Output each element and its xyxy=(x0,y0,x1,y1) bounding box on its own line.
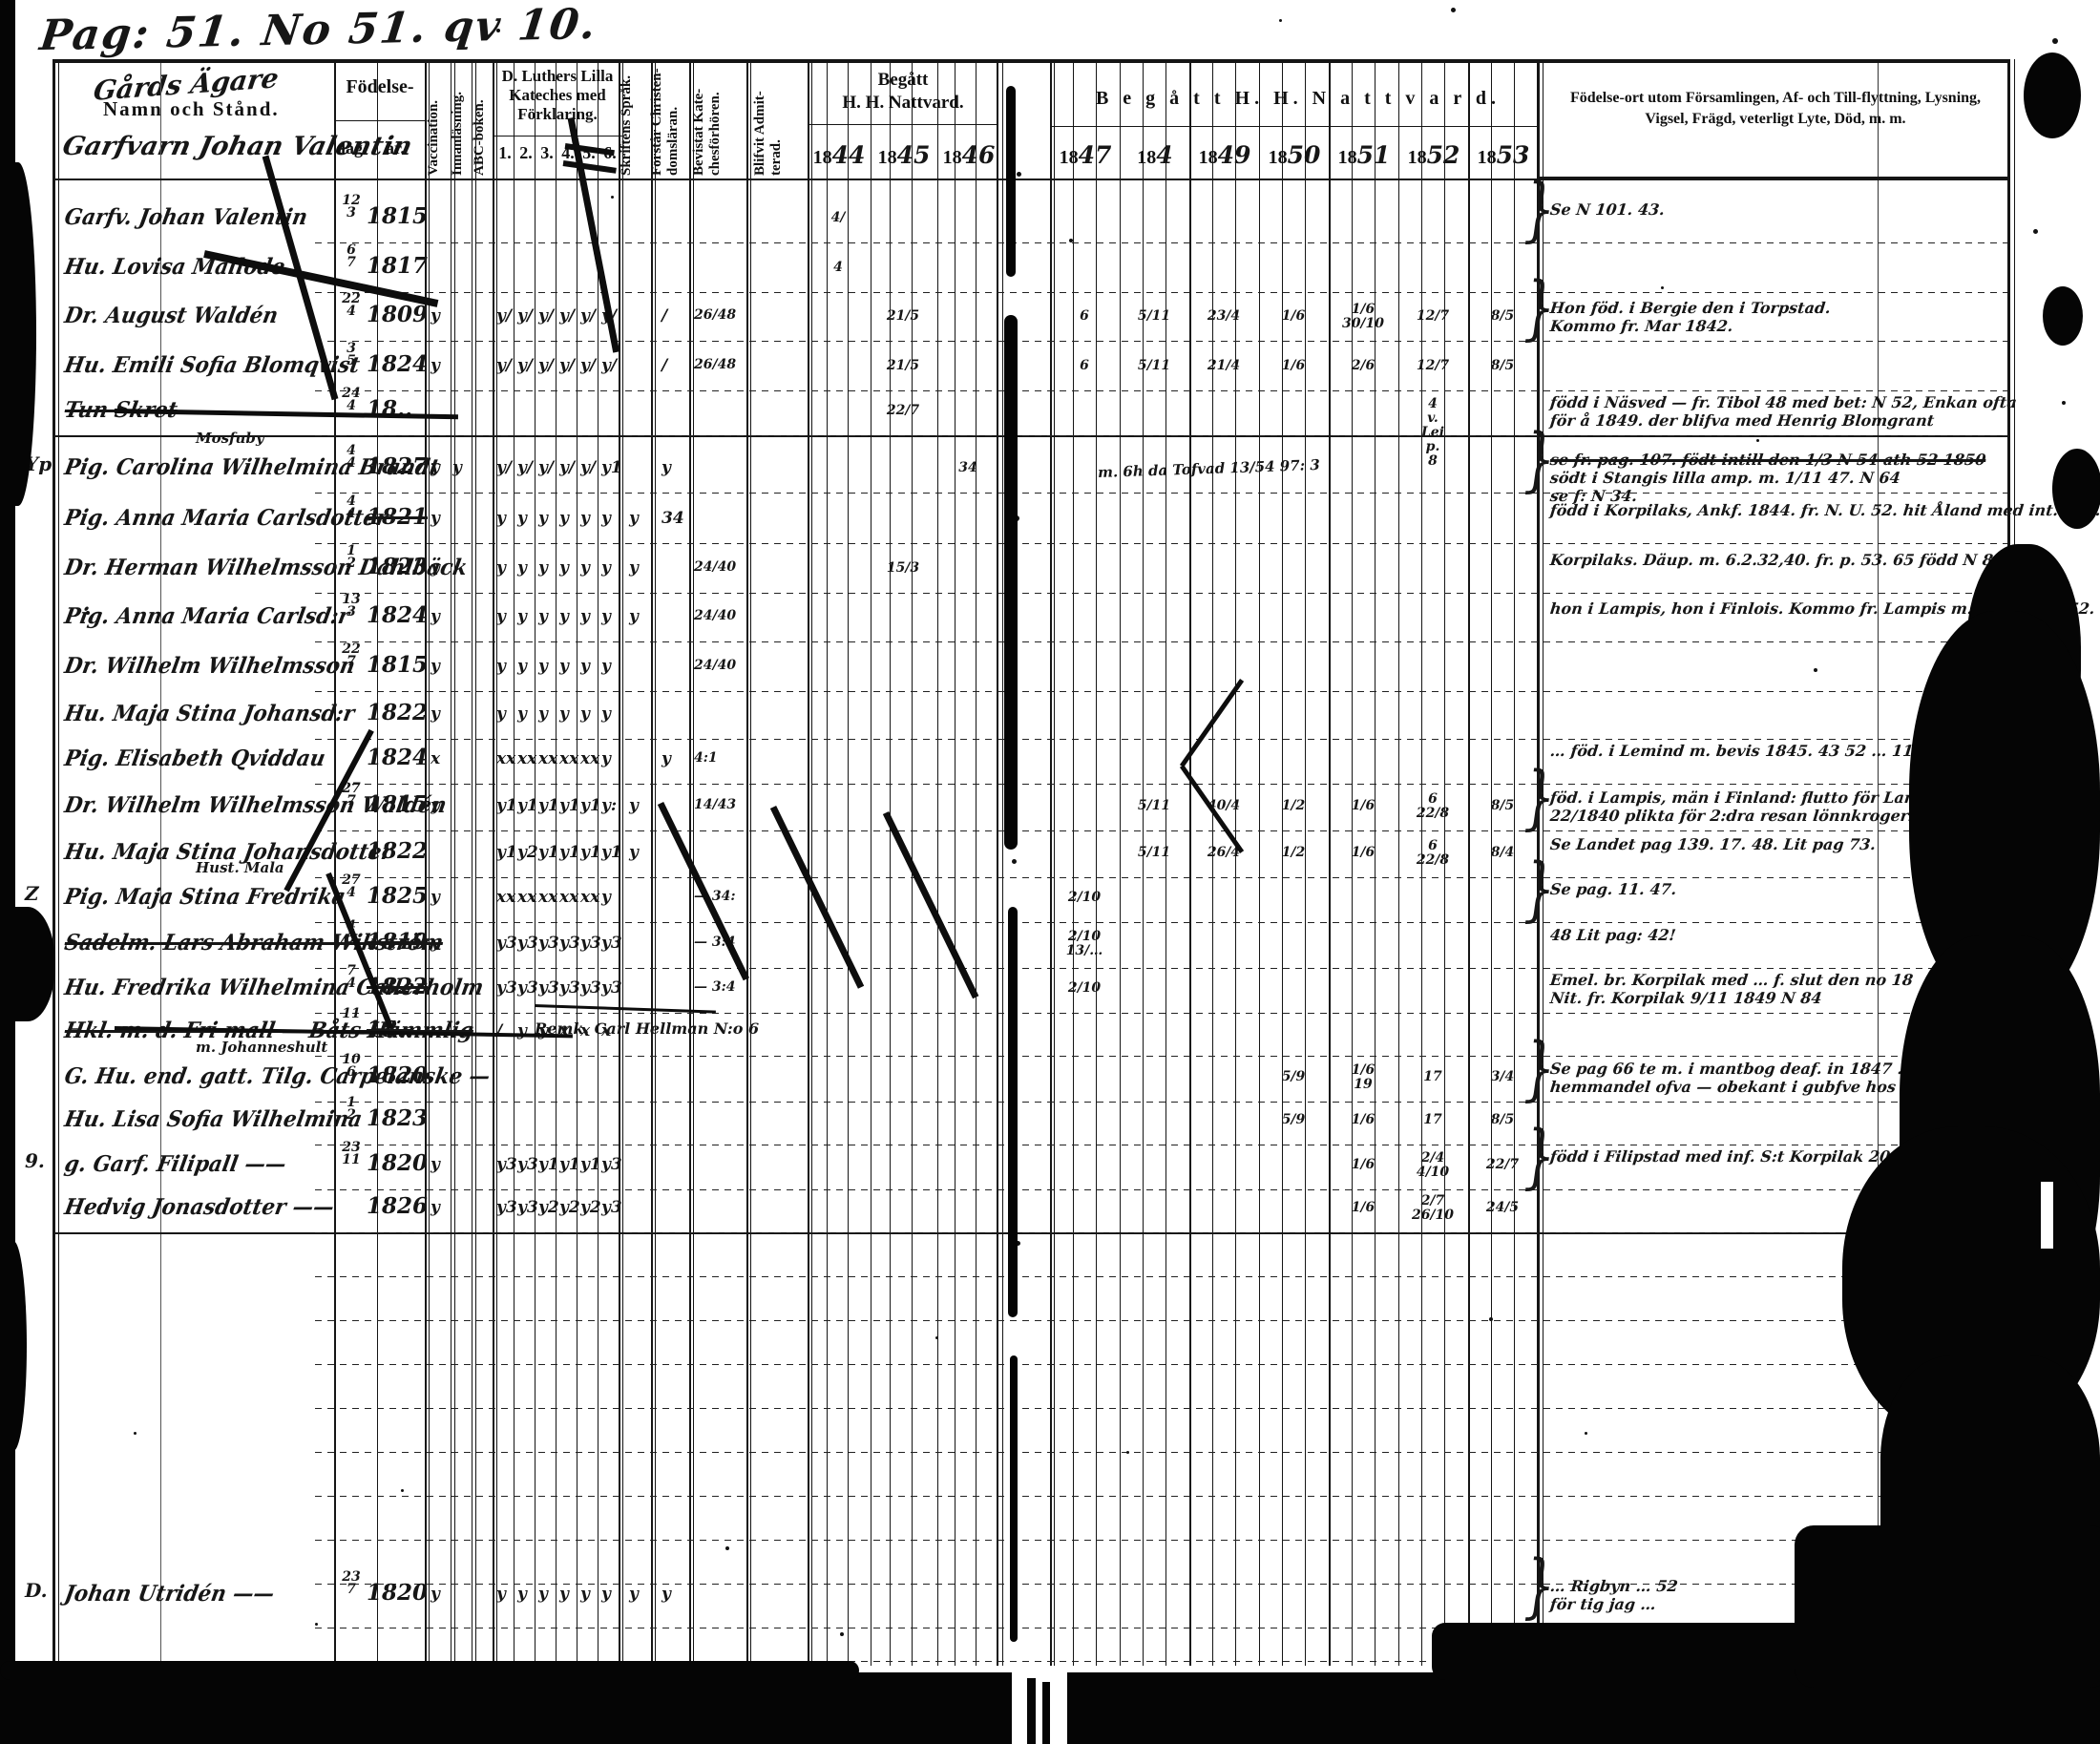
row-birth-day: 11 xyxy=(336,1008,367,1020)
row-nattvard-right-entry: 8/5 xyxy=(1480,309,1525,324)
year-handwritten-digits: 49 xyxy=(1218,141,1251,169)
grid-vertical-line xyxy=(598,59,598,1666)
row-katekes-mark: xx xyxy=(496,749,515,768)
row-name: Garfv. Johan Valentin xyxy=(63,204,310,230)
row-katekes-mark: y xyxy=(538,558,548,578)
grid-vertical-line xyxy=(1282,59,1283,1666)
scan-ink-blot xyxy=(0,162,36,506)
row-note-line: Se pag. 11. 47. xyxy=(1549,880,1677,898)
row-katekes-mark: y3 xyxy=(517,934,538,953)
row-katekes-mark: y xyxy=(517,558,527,578)
row-katekes-mark: y xyxy=(538,607,548,626)
year-label: 184 xyxy=(1122,141,1188,169)
row-nattvard-left-entry: 4 xyxy=(815,261,861,275)
grid-horizontal-line xyxy=(52,179,2009,180)
grid-vertical-line xyxy=(1054,59,1055,1666)
year-label: 1847 xyxy=(1052,141,1119,169)
row-katekes-mark: y xyxy=(496,607,506,626)
scan-ink-blot xyxy=(1004,315,1018,850)
row-nattvard-right-entry: 2/6 xyxy=(1340,359,1386,373)
grid-horizontal-line xyxy=(1050,126,1537,127)
row-bevistat-entry: 4:1 xyxy=(694,751,718,765)
row-nattvard-right-entry: 1/2 xyxy=(1270,799,1316,813)
grid-vertical-line xyxy=(622,59,623,1666)
row-katekes-mark: y1 xyxy=(601,458,622,477)
scan-ink-blot xyxy=(2052,449,2100,529)
row-katekes-mark: y xyxy=(538,1585,548,1604)
row-boundary-line xyxy=(315,435,2007,436)
row-katekes-mark: y xyxy=(580,1585,590,1604)
row-katekes-mark: y xyxy=(517,704,527,724)
row-katekes-mark: y xyxy=(580,607,590,626)
row-katekes-mark: y3 xyxy=(601,1155,622,1174)
row-boundary-line xyxy=(315,922,2007,923)
row-note-line: Se N 101. 43. xyxy=(1549,200,1666,219)
scan-ink-blot xyxy=(2043,286,2083,346)
row-name: Hu. Lisa Sofia Wilhelmina xyxy=(63,1106,365,1132)
row-katekes-mark: y xyxy=(580,657,590,676)
row-katekes-mark: y1 xyxy=(538,843,559,862)
row-birth-day: 227 xyxy=(336,643,367,668)
row-note-line: för å 1849. der blifva med Henrig Blomgr… xyxy=(1549,411,1935,430)
row-katekes-mark: y xyxy=(538,704,548,724)
row-katekes-mark: y/ xyxy=(496,356,512,375)
row-name: Hedvig Jonasdotter —— xyxy=(63,1194,336,1220)
grid-vertical-line xyxy=(1143,59,1144,1666)
header-birth: Födelse- xyxy=(334,76,426,98)
row-name: Pig. Maja Stina Fredrika xyxy=(63,884,347,910)
row-katekes-mark: y xyxy=(559,657,569,676)
row-katekes-mark: y3 xyxy=(559,978,580,998)
row-nattvard-right-entry: 1/6 xyxy=(1340,846,1386,860)
grid-vertical-line xyxy=(493,59,494,1666)
ink-speck xyxy=(1814,668,1817,672)
row-boundary-line xyxy=(315,1496,2007,1497)
row-katekes-mark: y3 xyxy=(538,978,559,998)
year-label: 1850 xyxy=(1261,141,1328,169)
grid-vertical-line xyxy=(746,59,748,1666)
row-katekes-mark: y3 xyxy=(496,978,517,998)
row-vaccination-mark: y xyxy=(430,1155,440,1174)
grid-vertical-line xyxy=(871,59,871,1666)
row-nattvard-right-entry: 6 xyxy=(1061,359,1107,373)
row-sprak-mark: y xyxy=(629,843,639,862)
row-margin-mark: Z xyxy=(25,882,39,905)
grid-vertical-line xyxy=(535,59,535,1666)
row-boundary-line xyxy=(315,1056,2007,1057)
row-note-line: Emel. br. Korpilak med … f. slut den no … xyxy=(1549,971,1914,989)
year-handwritten-digits: 53 xyxy=(1497,141,1530,169)
grid-vertical-line xyxy=(1050,59,1052,1666)
row-katekes-mark: y1 xyxy=(538,1155,559,1174)
row-bevistat-entry: 14/43 xyxy=(694,798,736,811)
ink-speck xyxy=(2062,401,2066,405)
row-birth-year: 1823 xyxy=(367,1105,428,1131)
row-birth-year: 1815 xyxy=(367,791,428,817)
row-vaccination-mark: y xyxy=(430,796,440,815)
row-nattvard-right-entry: 23/4 xyxy=(1201,309,1247,324)
row-boundary-line xyxy=(315,493,2007,494)
row-katekes-mark: y xyxy=(559,1585,569,1604)
grid-vertical-line xyxy=(651,59,653,1666)
row-nattvard-left-entry: 34 xyxy=(945,461,991,475)
row-name: g. Garf. Filipall —— xyxy=(63,1151,288,1177)
ink-speck xyxy=(611,196,614,199)
row-nattvard-right-entry: 1/619 xyxy=(1340,1063,1386,1092)
row-boundary-line xyxy=(315,1232,2007,1233)
row-birth-year: 1824 xyxy=(367,602,428,628)
row-forstar-mark: 34 xyxy=(661,509,684,528)
row-birth-day: 35 xyxy=(336,343,367,368)
row-note-line: södt i Stangis lilla amp. m. 1/11 47. N … xyxy=(1549,469,1901,487)
row-katekes-mark: y xyxy=(496,509,506,528)
ink-stroke xyxy=(883,811,979,998)
row-name: Johan Utridén —— xyxy=(63,1581,277,1607)
row-note-line: Se Landet pag 139. 17. 48. Lit pag 73. xyxy=(1549,835,1877,853)
year-handwritten-digits: 45 xyxy=(897,141,931,169)
row-birth-year: 1822 xyxy=(367,838,428,864)
row-name: Hu. Emili Sofia Blomqvist xyxy=(63,352,362,378)
row-birth-year: 1827 xyxy=(367,453,428,479)
header-nattvard-left-line1: Begått xyxy=(808,69,998,92)
row-name: G. Hu. end. gatt. Tilg. Carpelanske — xyxy=(63,1063,493,1089)
grid-vertical-line xyxy=(556,59,556,1666)
grid-vertical-line xyxy=(997,59,998,1666)
grid-horizontal-line xyxy=(52,59,2009,63)
header-nattvard-left: Begått H. H. Nattvard. xyxy=(808,69,998,115)
row-birth-year: 1824 xyxy=(367,745,428,770)
row-boundary-line xyxy=(315,543,2007,544)
header-notes-line2: Vigsel, Frägd, veterligt Lyte, Död, m. m… xyxy=(1544,109,2006,130)
row-nattvard-right-entry: 1/6 xyxy=(1340,1201,1386,1215)
row-boundary-line xyxy=(315,1102,2007,1103)
ink-stroke xyxy=(770,806,864,989)
grid-vertical-line xyxy=(1212,59,1213,1666)
row-katekes-mark: y3 xyxy=(580,978,601,998)
row-birth-day: 106 xyxy=(336,1054,367,1079)
row-birth-day: 244 xyxy=(336,388,367,412)
header-katekes: D. Luthers Lilla Kateches med Förklaring… xyxy=(493,67,622,124)
row-sprak-mark: y xyxy=(629,607,639,626)
year-handwritten-digits: 50 xyxy=(1288,141,1321,169)
grid-horizontal-line xyxy=(334,120,425,121)
row-nattvard-right-entry: 8/5 xyxy=(1480,1113,1525,1127)
row-nattvard-right-entry: 21/4 xyxy=(1201,359,1247,373)
row-nattvard-right-entry: 5/9 xyxy=(1270,1070,1316,1084)
ink-speck xyxy=(134,1432,136,1435)
row-katekes-mark: y xyxy=(580,704,590,724)
grid-vertical-line xyxy=(1468,59,1470,1666)
grid-vertical-line xyxy=(937,59,938,1666)
row-sprak-mark: y xyxy=(629,1585,639,1604)
row-katekes-mark: y/ xyxy=(496,458,512,477)
row-katekes-mark: y1 xyxy=(559,1155,580,1174)
ink-speck xyxy=(725,1546,729,1550)
scanned-register-page: Pag: 51. No 51. qv 10. Gårds Ägare Namn … xyxy=(0,0,2100,1744)
row-name: Dr. Wilhelm Wilhelmsson xyxy=(63,653,357,679)
grid-vertical-line xyxy=(1259,59,1260,1666)
year-label: 1853 xyxy=(1470,141,1537,169)
scan-ink-blot xyxy=(1008,907,1018,1317)
header-katekes-line2: Kateches med xyxy=(493,86,622,105)
row-nattvard-right-entry: 12/7 xyxy=(1410,359,1456,373)
row-boundary-line xyxy=(315,341,2007,342)
row-above-label: Hust. Mala xyxy=(196,859,284,876)
row-katekes-mark: y3 xyxy=(580,934,601,953)
row-forstar-mark: y xyxy=(661,749,671,768)
year-label: 1846 xyxy=(935,141,1002,169)
row-katekes-mark: y xyxy=(601,509,611,528)
grid-vertical-line xyxy=(848,59,849,1666)
row-birth-day: 123 xyxy=(336,195,367,220)
row-birth-year: 1815 xyxy=(367,203,428,229)
grid-vertical-line xyxy=(1096,59,1097,1666)
row-birth-day: 12 xyxy=(336,1097,367,1122)
row-katekes-mark: y1 xyxy=(601,843,622,862)
grid-vertical-line xyxy=(475,59,476,1666)
grid-vertical-line xyxy=(827,59,828,1666)
row-birth-year: 1822 xyxy=(367,700,428,725)
row-katekes-mark: y xyxy=(601,657,611,676)
row-name: Hu. Maja Stina Johansd:r xyxy=(63,701,357,726)
row-above-label: Mosfuby xyxy=(196,430,264,447)
row-birth-day: 67 xyxy=(336,244,367,269)
row-katekes-mark: y2 xyxy=(580,1198,601,1217)
row-note-line: 48 Lit pag: 42! xyxy=(1549,926,1677,944)
grid-vertical-line xyxy=(1165,59,1166,1666)
row-birth-year: 1820 xyxy=(367,1062,428,1088)
scan-ink-blot xyxy=(2024,53,2081,138)
row-boundary-line xyxy=(315,739,2007,740)
row-katekes-mark: y xyxy=(496,558,506,578)
ink-speck xyxy=(935,1336,938,1339)
row-note-line: Korpilaks. Däup. m. 6.2.32,40. fr. p. 53… xyxy=(1549,551,2031,569)
row-nattvard-left-entry: 4/ xyxy=(815,211,861,225)
grid-vertical-line xyxy=(811,59,812,1666)
row-boundary-line xyxy=(315,1276,2007,1277)
year-handwritten-digits: 51 xyxy=(1357,141,1391,169)
row-boundary-line xyxy=(315,784,2007,785)
row-boundary-line xyxy=(315,1452,2007,1453)
row-katekes-mark: y1 xyxy=(580,796,601,815)
row-boundary-line xyxy=(315,641,2007,642)
row-nattvard-right-entry: 5/11 xyxy=(1131,359,1177,373)
header-katekes-number: 1. xyxy=(495,143,514,163)
row-note-line: Nit. fr. Korpilak 9/11 1849 N 84 xyxy=(1549,989,1823,1007)
header-blifvit-admitterad: Blifvit Admit- terad. xyxy=(752,63,804,176)
row-birth-year: 1819 xyxy=(367,929,428,955)
row-name: Dr. August Waldén xyxy=(63,303,281,328)
year-handwritten-digits: 47 xyxy=(1079,141,1112,169)
row-boundary-line xyxy=(315,830,2007,831)
scan-ink-blot xyxy=(0,1661,859,1680)
row-nattvard-right-entry: 1/6 xyxy=(1270,309,1316,324)
row-katekes-mark: y/ xyxy=(580,458,596,477)
row-nattvard-right-entry: 24/5 xyxy=(1480,1201,1525,1215)
scan-bottom-bar xyxy=(1042,1682,1050,1744)
row-katekes-mark: xx xyxy=(559,749,578,768)
row-boundary-line xyxy=(315,242,2007,243)
grid-vertical-line xyxy=(1352,59,1353,1666)
grid-vertical-line xyxy=(1073,59,1074,1666)
row-katekes-mark: y3 xyxy=(601,1198,622,1217)
row-katekes-mark: y/ xyxy=(517,306,533,326)
row-katekes-mark: y xyxy=(517,509,527,528)
header-bevistat-katechesforhoren: Bevistat Kate- chesförhören. xyxy=(691,63,745,176)
year-printed-prefix: 18 xyxy=(943,147,962,168)
row-katekes-mark: y3 xyxy=(517,1198,538,1217)
ink-speck xyxy=(840,1632,844,1636)
row-katekes-mark: y1 xyxy=(559,843,580,862)
year-handwritten-digits: 44 xyxy=(832,141,866,169)
scan-white-gap xyxy=(2041,1182,2053,1249)
ink-speck xyxy=(1126,1451,1129,1454)
scan-ink-blot xyxy=(0,907,55,1021)
row-birth-year: 1815 xyxy=(367,652,428,678)
row-nattvard-right-entry: 2/10 xyxy=(1061,891,1107,905)
row-above-label: m. Johanneshult xyxy=(196,1039,327,1056)
row-katekes-mark: y1 xyxy=(580,1155,601,1174)
year-printed-prefix: 18 xyxy=(1060,147,1079,168)
row-katekes-mark: y/ xyxy=(559,356,575,375)
row-katekes-mark: y xyxy=(601,607,611,626)
row-katekes-mark: y xyxy=(538,657,548,676)
row-bevistat-entry: 24/40 xyxy=(694,560,736,574)
row-nattvard-right-entry: 6 xyxy=(1061,309,1107,324)
row-katekes-mark: y xyxy=(517,1021,527,1040)
scan-ink-blot xyxy=(1006,86,1016,277)
row-sprak-mark: y xyxy=(629,509,639,528)
row-birth-year: 1820 xyxy=(367,1150,428,1176)
year-handwritten-digits: 46 xyxy=(962,141,996,169)
row-katekes-mark: y3 xyxy=(496,934,517,953)
row-katekes-mark: y: xyxy=(601,796,617,815)
row-katekes-mark: y xyxy=(496,1585,506,1604)
row-boundary-line xyxy=(315,1013,2007,1014)
row-birth-year: 1820 xyxy=(367,1580,428,1606)
row-nattvard-right-entry: 8/5 xyxy=(1480,359,1525,373)
row-nattvard-right-entry: 4v.Leip.8 xyxy=(1410,397,1456,469)
grid-vertical-line xyxy=(1189,59,1191,1666)
row-birth-day: 12 xyxy=(336,545,367,570)
row-katekes-mark: xx xyxy=(580,749,599,768)
row-vaccination-mark: y xyxy=(430,888,440,907)
row-nattvard-right-entry: 1/6 xyxy=(1340,1158,1386,1172)
ink-speck xyxy=(496,29,500,32)
year-printed-prefix: 18 xyxy=(1269,147,1288,168)
row-katekes-mark: y/ xyxy=(559,458,575,477)
row-birth-year: 1823 xyxy=(367,554,428,579)
grid-vertical-line xyxy=(58,59,59,1666)
row-boundary-line xyxy=(315,1364,2007,1365)
row-note-line: född i Näsved — fr. Tibol 48 med bet: N … xyxy=(1549,393,2018,411)
row-katekes-mark: y xyxy=(601,558,611,578)
scan-ink-blot xyxy=(1795,1525,2100,1688)
row-bevistat-entry: 26/48 xyxy=(694,358,736,371)
row-vaccination-mark: y xyxy=(430,558,440,578)
row-vaccination-mark: y xyxy=(430,934,440,953)
row-katekes-mark: y1 xyxy=(538,796,559,815)
row-katekes-mark: y2 xyxy=(538,1198,559,1217)
grid-vertical-line xyxy=(1398,59,1399,1666)
row-katekes-mark: y3 xyxy=(601,934,622,953)
header-katekes-number: 3. xyxy=(537,143,556,163)
row-katekes-mark: y xyxy=(601,749,611,768)
grid-vertical-line xyxy=(1235,59,1236,1666)
row-boundary-line xyxy=(315,1145,2007,1145)
year-label: 1849 xyxy=(1191,141,1258,169)
grid-vertical-line xyxy=(1375,59,1375,1666)
row-boundary-line xyxy=(315,390,2007,391)
row-bevistat-entry: — 3:4 xyxy=(694,980,736,994)
year-printed-prefix: 18 xyxy=(813,147,832,168)
header-katekes-line1: D. Luthers Lilla xyxy=(493,67,622,86)
row-boundary-line xyxy=(315,1320,2007,1321)
year-handwritten-digits: 52 xyxy=(1427,141,1460,169)
scan-ink-blot xyxy=(1010,1355,1018,1642)
row-note-line: 22/1840 plikta för 2:dra resan lönnkroge… xyxy=(1549,807,1921,825)
row-vaccination-mark: y xyxy=(430,509,440,528)
row-nattvard-right-entry: 2/1013/… xyxy=(1061,930,1107,958)
year-label: 1852 xyxy=(1400,141,1467,169)
row-katekes-mark: y xyxy=(601,1585,611,1604)
row-katekes-mark: y xyxy=(580,558,590,578)
ink-speck xyxy=(1279,19,1282,22)
row-katekes-mark: y1 xyxy=(496,796,517,815)
row-katekes-mark: y xyxy=(580,509,590,528)
row-vaccination-mark: y xyxy=(430,657,440,676)
header-nattvard-right: B e g å t t H. H. N a t t v a r d. xyxy=(1060,88,1537,110)
row-katekes-mark: xx xyxy=(517,749,536,768)
row-katekes-mark: y/ xyxy=(538,356,554,375)
row-katekes-mark: y/ xyxy=(538,306,554,326)
grid-vertical-line xyxy=(472,59,472,1666)
row-katekes-mark: y/ xyxy=(538,458,554,477)
row-boundary-line xyxy=(315,1540,2007,1541)
grid-vertical-line xyxy=(1120,59,1121,1666)
row-birth-year: 1817 xyxy=(367,253,428,279)
row-nattvard-right-entry: 1/630/10 xyxy=(1340,303,1386,331)
row-katekes-mark: y3 xyxy=(496,1155,517,1174)
row-nattvard-right-entry: 8/4 xyxy=(1480,846,1525,860)
row-birth-day: 44 xyxy=(336,445,367,470)
row-nattvard-right-entry: 622/8 xyxy=(1410,839,1456,868)
row-nattvard-left-entry: 15/3 xyxy=(880,561,926,576)
row-nattvard-right-entry: 22/7 xyxy=(1480,1158,1525,1172)
row-katekes-mark: xx xyxy=(517,888,536,907)
row-nattvard-right-entry: 5/11 xyxy=(1131,846,1177,860)
row-katekes-mark: / xyxy=(496,1021,502,1040)
row-katekes-mark: xx xyxy=(538,749,557,768)
header-birth-year: år. xyxy=(386,138,405,158)
header-katekes-line3: Förklaring. xyxy=(493,105,622,124)
grid-vertical-line xyxy=(1305,59,1306,1666)
row-katekes-mark: y3 xyxy=(496,1198,517,1217)
row-nattvard-right-entry: 1/6 xyxy=(1270,359,1316,373)
row-vaccination-mark: y xyxy=(430,607,440,626)
row-nattvard-right-entry: 622/8 xyxy=(1410,792,1456,821)
row-innanlasning-mark: y xyxy=(452,458,462,477)
scan-bottom-bar xyxy=(1027,1678,1036,1744)
ink-speck xyxy=(1451,8,1456,12)
row-katekes-mark: y1 xyxy=(496,843,517,862)
grid-horizontal-line xyxy=(808,124,998,125)
row-nattvard-right-entry: 2/10 xyxy=(1061,981,1107,996)
year-printed-prefix: 18 xyxy=(1408,147,1427,168)
row-forstar-mark: y xyxy=(661,458,671,477)
grid-vertical-line xyxy=(619,59,620,1666)
row-boundary-line xyxy=(315,292,2007,293)
